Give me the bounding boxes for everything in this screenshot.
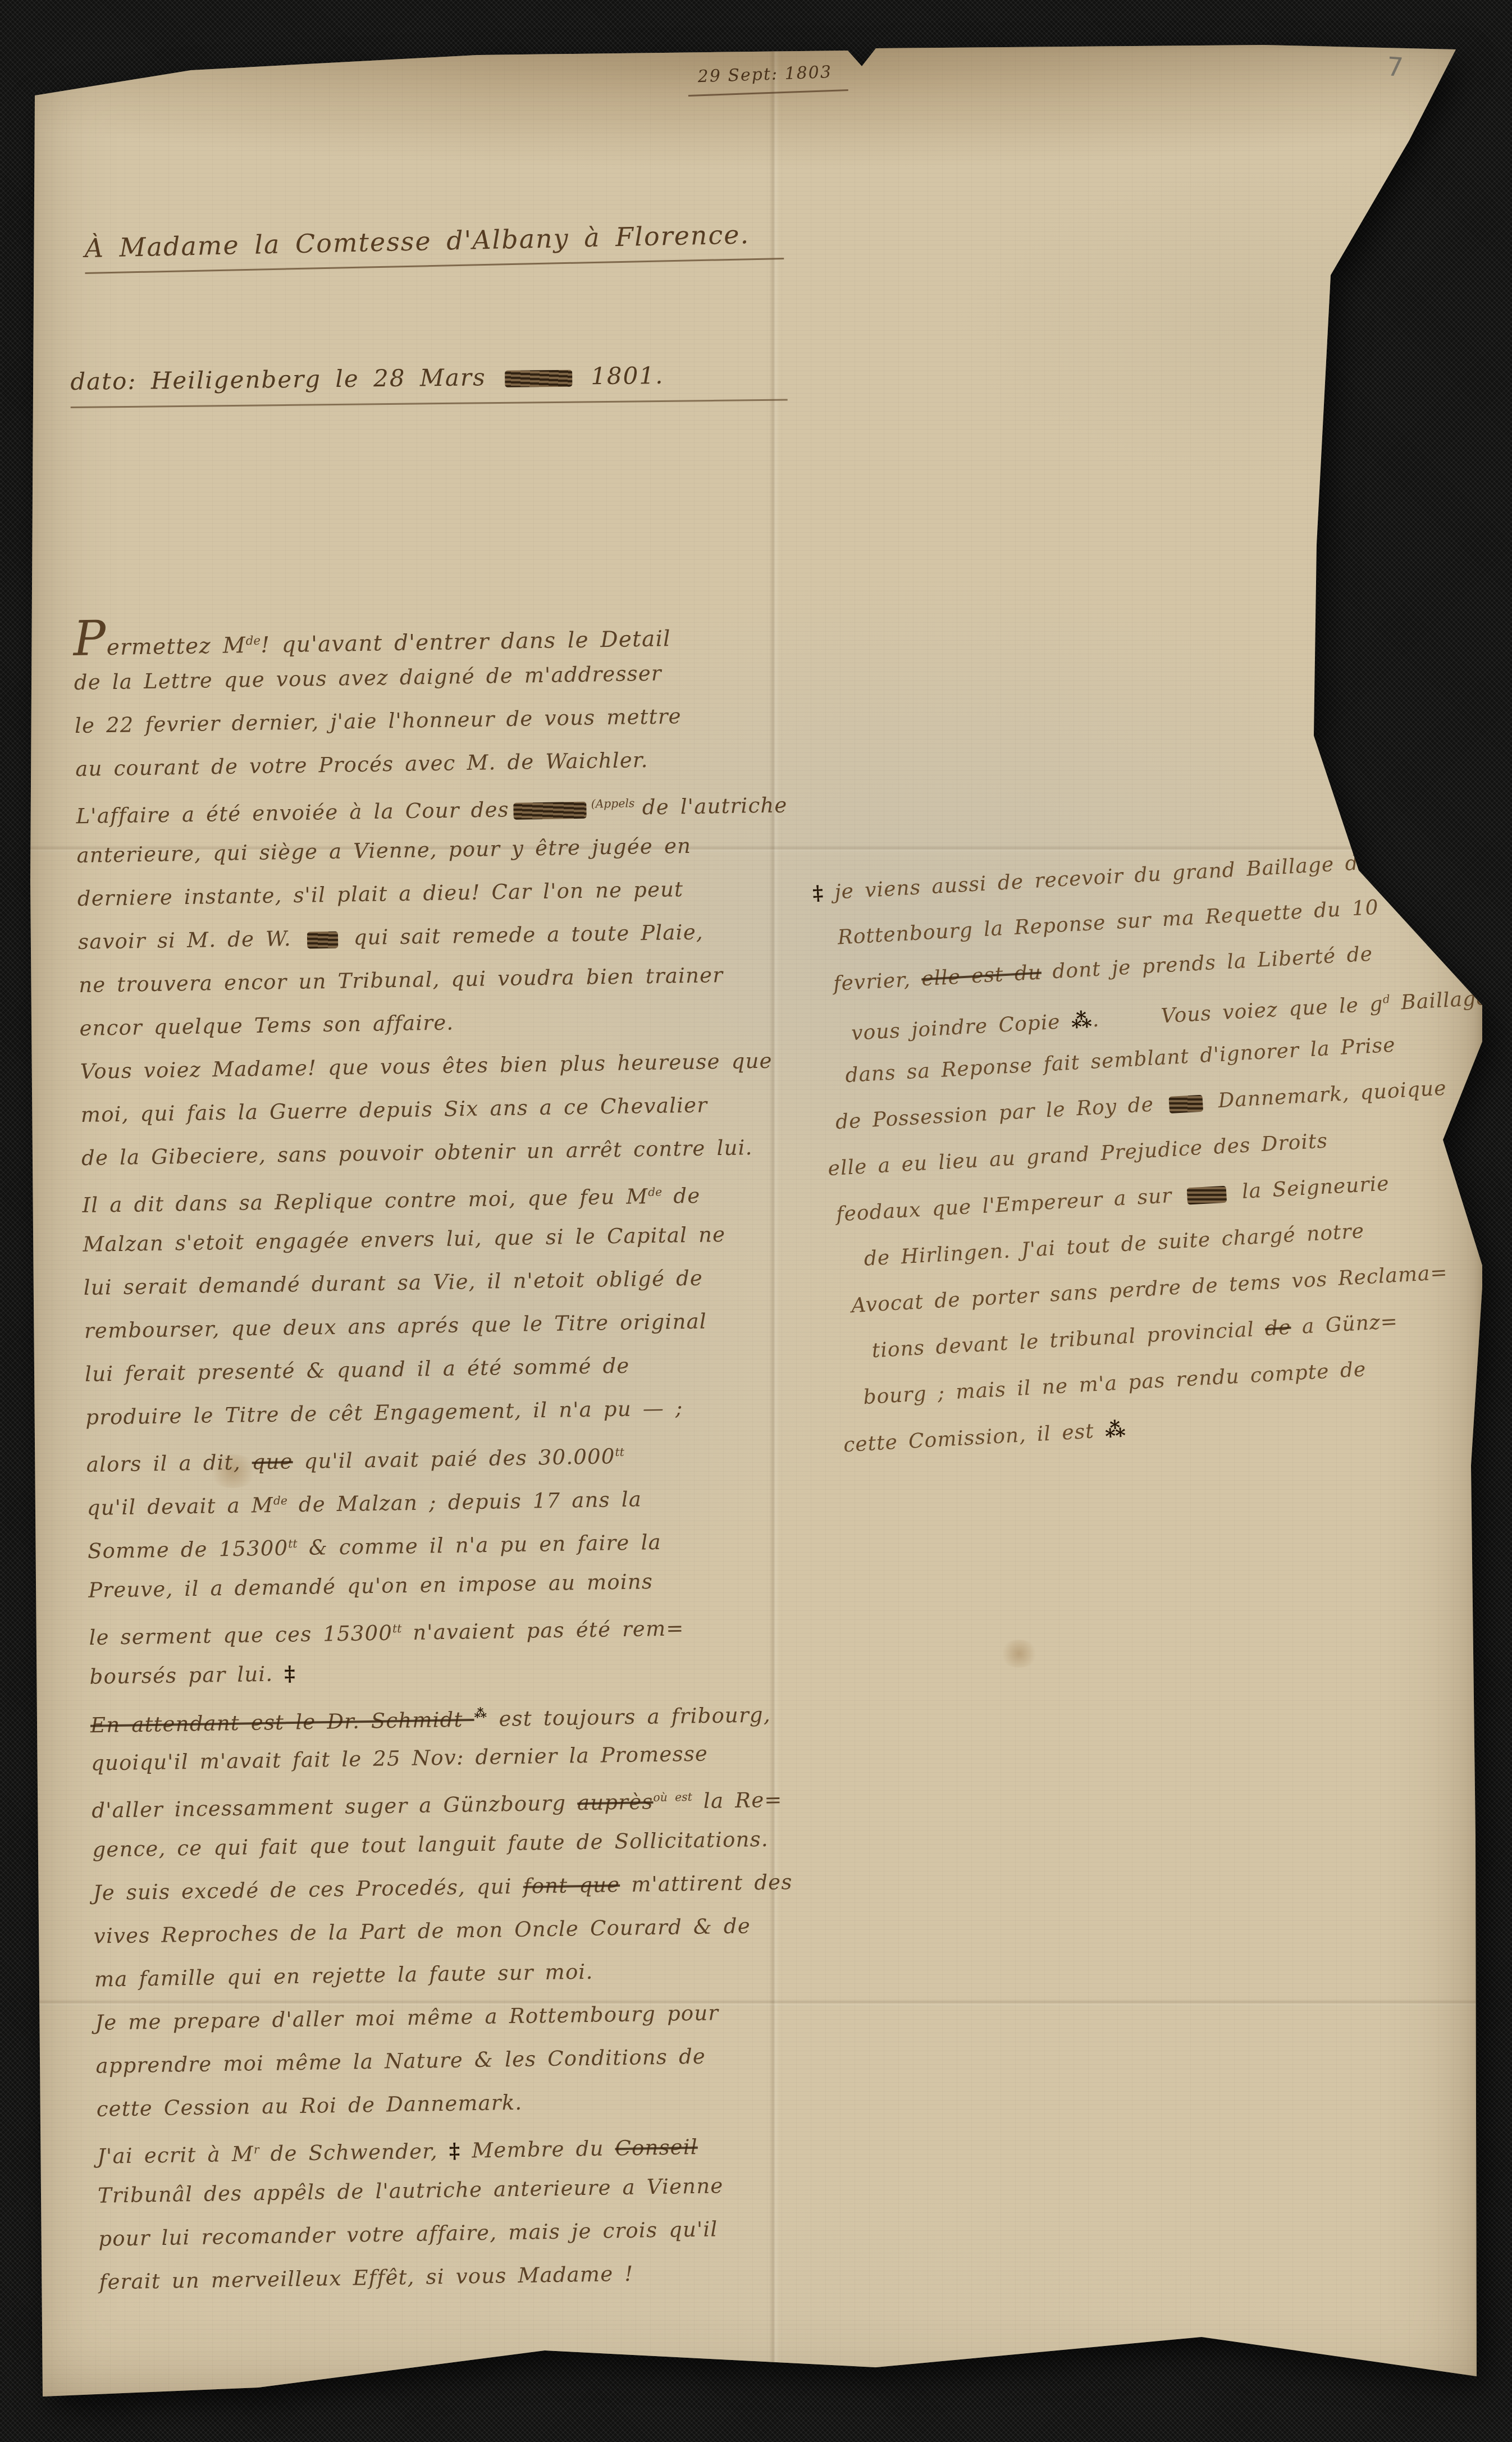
insertion-mark: ⁂ <box>474 1706 487 1721</box>
text-segment: tt <box>615 1445 624 1459</box>
text-segment: produire le Titre de cêt Engagement, il … <box>85 1396 683 1430</box>
text-segment: Membre du <box>460 2136 615 2162</box>
text-segment: & comme il n'a pu en faire la <box>297 1530 661 1560</box>
text-segment: le serment que ces 15300 <box>89 1621 392 1650</box>
text-segment: auprès <box>577 1790 654 1815</box>
text-segment: apprendre moi même la Nature & les Condi… <box>95 2044 706 2078</box>
text-segment: font que <box>523 1873 620 1898</box>
crossed-out-word <box>505 370 572 387</box>
text-segment: alors il a dit, <box>86 1450 252 1477</box>
text-segment: gence, ce qui fait que tout languit faut… <box>92 1827 769 1862</box>
text-segment: pour lui recomander votre affaire, mais … <box>98 2217 718 2251</box>
text-segment: fevrier, <box>833 967 922 996</box>
text-segment: En attendant est le Dr. Schmidt <box>90 1708 474 1738</box>
text-segment: (Appels <box>591 796 642 810</box>
text-segment: encor quelque Tems son affaire. <box>79 1010 454 1040</box>
text-segment: m'attirent des <box>620 1870 793 1897</box>
text-segment: Somme de 15300 <box>88 1536 289 1563</box>
text-segment: de <box>273 1494 287 1507</box>
text-segment: vous joindre Copie <box>851 1010 1072 1045</box>
text-segment: boursés par lui. <box>89 1662 284 1688</box>
text-segment: elle est du <box>921 961 1042 991</box>
letter-body-left-column: Permettez Mde! qu'avant d'entrer dans le… <box>73 606 829 2304</box>
insertion-mark: ⁂ <box>1104 1417 1127 1442</box>
text-segment: rembourser, que deux ans aprés que le Ti… <box>84 1309 707 1343</box>
text-segment: tt <box>392 1622 402 1635</box>
text-segment: cette Comission, il est <box>843 1419 1106 1457</box>
text-segment <box>1100 1023 1162 1026</box>
dateline-year: 1801. <box>591 362 664 390</box>
text-segment: au courant de votre Procés avec M. de Wa… <box>75 748 648 781</box>
text-segment: n'avaient pas été rem= <box>401 1616 684 1645</box>
text-segment: est toujours a fribourg, <box>487 1702 771 1731</box>
text-segment: lui ferait presenté & quand il a été som… <box>85 1354 630 1386</box>
text-segment: ferait un merveilleux Effêt, si vous Mad… <box>99 2262 633 2294</box>
text-segment: r <box>254 2143 259 2156</box>
text-segment: ma famille qui en rejette la faute sur m… <box>94 1960 593 1992</box>
text-segment: où est <box>653 1790 692 1804</box>
text-segment: de <box>246 634 261 648</box>
marginal-addition-right-column: ‡ je viens aussi de recevoir du grand Ba… <box>811 832 1512 1468</box>
text-segment: tt <box>288 1537 298 1550</box>
text-segment: que <box>252 1449 293 1474</box>
text-segment: de la Gibeciere, sans pouvoir obtenir un… <box>81 1135 753 1170</box>
text-segment: Baillage <box>1390 987 1490 1015</box>
text-segment: de Possession par le Roy de <box>835 1093 1165 1134</box>
crossed-out-word <box>1169 1095 1204 1113</box>
text-segment: de Malzan ; depuis 17 ans la <box>287 1487 642 1517</box>
text-segment: Tribunâl des appêls de l'autriche anteri… <box>98 2174 724 2207</box>
text-segment: Conseil <box>615 2135 698 2160</box>
insertion-mark: ‡ <box>812 881 824 905</box>
text-segment: de la Lettre que vous avez daigné de m'a… <box>74 661 662 695</box>
text-segment: lui serait demandé durant sa Vie, il n'e… <box>83 1266 703 1300</box>
text-segment: a Günz= <box>1290 1310 1399 1339</box>
dateline-place-date: dato: Heiligenberg le 28 Mars <box>70 363 486 395</box>
text-segment: de <box>648 1185 662 1199</box>
text-segment: . <box>1092 1008 1100 1032</box>
crossed-out-word <box>307 931 338 948</box>
text-segment: J'ai ecrit à M <box>97 2142 254 2169</box>
text-segment: Malzan s'etoit engagée envers lui, que s… <box>83 1222 725 1257</box>
insertion-mark: ⁂ <box>1071 1008 1093 1033</box>
paper-shadow-wrapper: 29 Sept: 1803 7 À Madame la Comtesse d'A… <box>0 0 1512 2442</box>
text-segment: de <box>662 1184 701 1208</box>
text-segment: dont je prends la Liberté de <box>1041 942 1373 984</box>
archival-date-annotation: 29 Sept: 1803 <box>687 62 848 97</box>
text-segment: feodaux que l'Empereur a sur <box>835 1184 1184 1226</box>
text-segment: derniere instante, s'il plait a dieu! Ca… <box>77 877 684 911</box>
text-segment: de Schwender, <box>259 2139 449 2166</box>
crossed-out-word <box>1187 1186 1227 1205</box>
text-segment: Je suis excedé de ces Procedés, qui <box>93 1874 523 1905</box>
insertion-mark: ‡ <box>284 1661 296 1686</box>
text-segment: qui sait remede a toute Plaie, <box>342 920 704 950</box>
text-segment: L'affaire a été envoiée à la Cour des <box>76 797 509 828</box>
insertion-mark: ‡ <box>449 2138 460 2163</box>
text-segment: savoir si M. de W. <box>78 926 303 954</box>
text-segment: Vous voiez que le g <box>1161 992 1384 1028</box>
recipient-address-line: À Madame la Comtesse d'Albany à Florence… <box>84 218 784 274</box>
manuscript-page: 29 Sept: 1803 7 À Madame la Comtesse d'A… <box>22 39 1482 2406</box>
text-segment: cette Cession au Roi de Dannemark. <box>96 2090 522 2121</box>
text-segment: Il a dit dans sa Replique contre moi, qu… <box>82 1184 648 1217</box>
text-segment: vives Reproches de la Part de mon Oncle … <box>94 1914 751 1948</box>
text-segment: qu'il devait a M <box>87 1493 274 1520</box>
text-segment: Preuve, il a demandé qu'on en impose au … <box>88 1569 654 1603</box>
text-segment: la Re= <box>692 1788 783 1814</box>
crossed-out-word <box>514 801 587 819</box>
paper-stain <box>999 1640 1039 1668</box>
text-segment: Vous voiez Madame! que vous êtes bien pl… <box>80 1049 773 1084</box>
page-number: 7 <box>1386 51 1404 83</box>
text-segment: ne trouvera encor un Tribunal, qui voudr… <box>79 963 724 997</box>
text-segment: Dannemark, quoique <box>1207 1076 1447 1113</box>
text-segment: la Seigneurie <box>1231 1172 1390 1204</box>
text-segment: Permettez M <box>74 633 246 661</box>
text-segment: d'aller incessamment suger a Günzbourg <box>92 1791 577 1823</box>
text-segment: qu'il avait paié des 30.000 <box>293 1444 615 1473</box>
text-segment: Je me prepare d'aller moi même a Rottemb… <box>95 2001 719 2034</box>
text-segment: anterieure, qui siège a Vienne, pour y ê… <box>76 834 691 868</box>
text-segment: moi, qui fais la Guerre depuis Six ans a… <box>81 1093 708 1127</box>
text-segment: de <box>1264 1316 1292 1341</box>
text-segment: le 22 fevrier dernier, j'aie l'honneur d… <box>75 704 682 738</box>
dateline: dato: Heiligenberg le 28 Mars 1801. <box>70 360 788 408</box>
text-segment: de l'autriche <box>642 793 788 819</box>
photographed-manuscript: { "colors": { "paper": "#d4c5a6", "ink_m… <box>0 0 1512 2442</box>
text-segment: quoiqu'il m'avait fait le 25 Nov: dernie… <box>91 1741 709 1775</box>
